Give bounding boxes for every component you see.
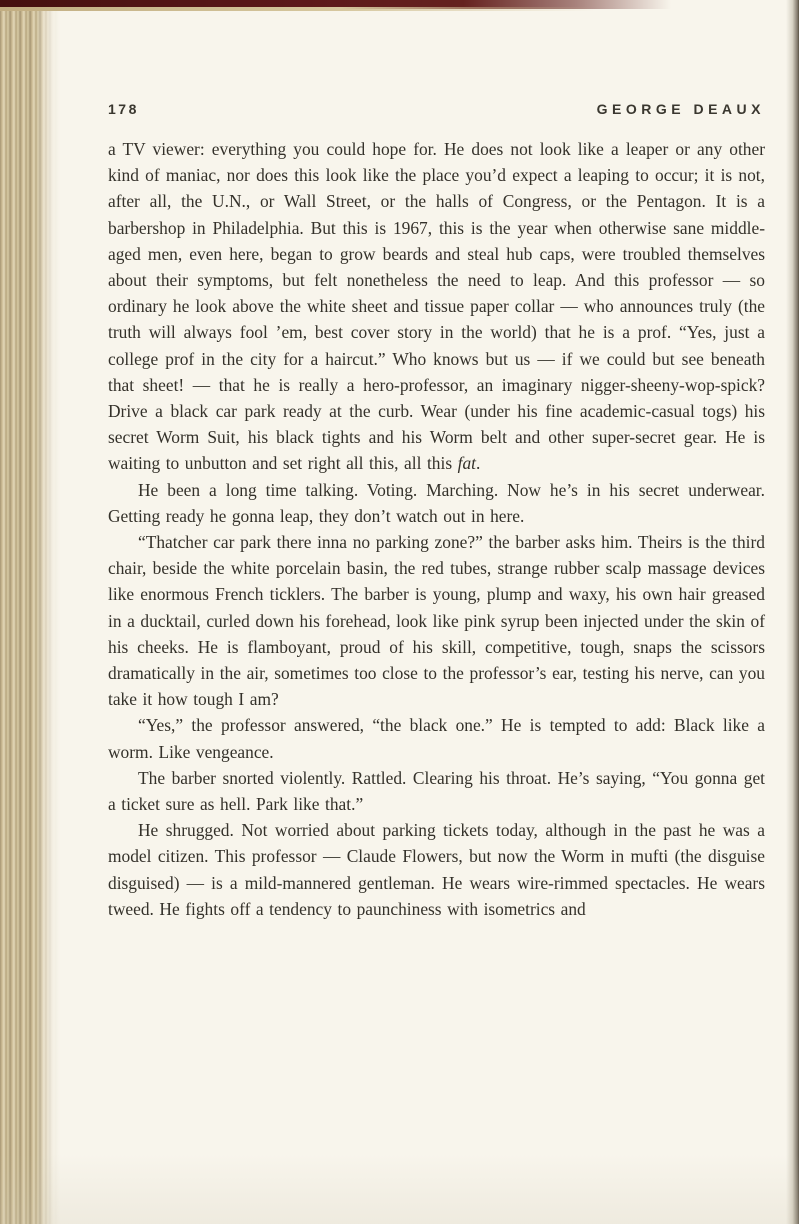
page-header: 178 GEORGE DEAUX xyxy=(108,101,765,117)
text-segment: . xyxy=(476,453,480,473)
book-cover-tan-line xyxy=(0,7,620,11)
paragraph: He been a long time talking. Voting. Mar… xyxy=(108,477,765,529)
book-page-scan: 178 GEORGE DEAUX a TV viewer: everything… xyxy=(0,0,799,1224)
text-segment: a TV viewer: everything you could hope f… xyxy=(108,139,765,473)
bottom-shade xyxy=(0,1154,799,1224)
paragraph: He shrugged. Not worried about parking t… xyxy=(108,817,765,922)
text-segment: “Thatcher car park there inna no parking… xyxy=(108,532,765,709)
page-text: a TV viewer: everything you could hope f… xyxy=(108,136,765,922)
paragraph: a TV viewer: everything you could hope f… xyxy=(108,136,765,477)
text-segment: He shrugged. Not worried about parking t… xyxy=(108,820,765,919)
page-number: 178 xyxy=(108,101,139,117)
page-edge-right-shadow xyxy=(786,0,799,1224)
text-segment: He been a long time talking. Voting. Mar… xyxy=(108,480,765,526)
paragraph: “Thatcher car park there inna no parking… xyxy=(108,529,765,712)
text-segment: “Yes,” the professor answered, “the blac… xyxy=(108,715,765,761)
text-segment: The barber snorted violently. Rattled. C… xyxy=(108,768,765,814)
page-edge-left-stack xyxy=(0,6,60,1224)
paragraph: The barber snorted violently. Rattled. C… xyxy=(108,765,765,817)
paragraph: “Yes,” the professor answered, “the blac… xyxy=(108,712,765,764)
italic-text: fat xyxy=(458,453,476,473)
running-header: GEORGE DEAUX xyxy=(597,101,765,117)
